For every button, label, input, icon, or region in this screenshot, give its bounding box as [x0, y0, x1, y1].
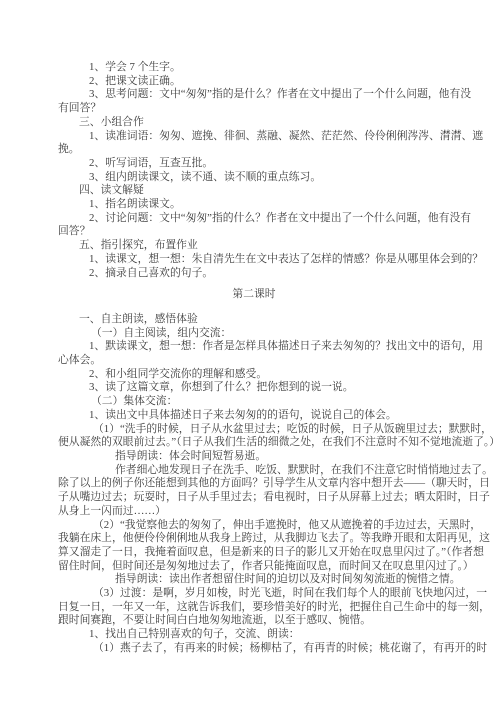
text-line: 2、听写词语，互查互批。 — [58, 157, 450, 171]
text-line: （2）“我觉察他去的匆匆了，伸出手遮挽时，他又从遮挽着的手边过去，天黑时， — [58, 519, 450, 533]
text-line: 指导朗读：读出作者想留住时间的迫切以及对时间匆匆流逝的惋惜之情。 — [58, 573, 450, 587]
text-line: 心体会。 — [58, 354, 450, 368]
text-line: 四、读文解疑 — [58, 184, 450, 198]
text-line: 我躺在床上，他便伶伶俐俐地从我身上跨过，从我脚边飞去了。等我睁开眼和太阳再见，这 — [58, 532, 450, 546]
text-line: 1、指名朗读课文。 — [58, 198, 450, 212]
text-line: 1、学会 7 个生字。 — [58, 61, 450, 75]
text-line: 子从嘴边过去；玩耍时，日子从手里过去；看电视时，日子从屏幕上过去；晒太阳时，日子 — [58, 491, 450, 505]
text-line: 一、自主朗读，感悟体验 — [58, 313, 450, 327]
text-line: 1、默读课文，想一想：作者是怎样具体描述日子来去匆匆的？找出文中的语句，用 — [58, 340, 450, 354]
text-line: 日复一日，一年又一年，这就告诉我们，要珍惜美好的时光，把握住自己生命中的每一刻， — [58, 601, 450, 615]
text-line: 便从凝然的双眼前过去。”（日子从我们生活的细微之处，在我们不注意时不知不觉地流逝… — [58, 436, 450, 450]
text-line: 从身上一闪而过……） — [58, 505, 450, 519]
text-line: 1、读准词语：匆匆、遮挽、徘徊、蒸融、凝然、茫茫然、伶伶俐俐涔涔、潸潸、遮 — [58, 130, 450, 144]
text-line: （二）集体交流： — [58, 395, 450, 409]
text-line: （3）过渡：是啊，岁月如梭，时光飞逝，时间在我们每个人的眼前飞快地闪过，一 — [58, 587, 450, 601]
text-line: 1、找出自己特别喜欢的句子，交流、朗读： — [58, 628, 450, 642]
text-line: 2、讨论问题：文中“匆匆”指的什么？作者在文中提出了一个什么问题，他有没有 — [58, 212, 450, 226]
text-line: 有回答？ — [58, 102, 450, 116]
text-line: 留住时间，但时间还是匆匆地过去了，作者只能掩面叹息，而时间又在叹息里闪过了。） — [58, 560, 450, 574]
document-body: 1、学会 7 个生字。2、把课文读正确。3、思考问题：文中“匆匆”指的是什么？作… — [58, 61, 450, 656]
text-line: 2、摘录自己喜欢的句子。 — [58, 267, 450, 281]
section-title: 第二课时 — [58, 288, 450, 302]
text-line: 2、和小组同学交流你的理解和感受。 — [58, 368, 450, 382]
text-line: 指导朗读：体会时间短暂易逝。 — [58, 450, 450, 464]
document-page: 1、学会 7 个生字。2、把课文读正确。3、思考问题：文中“匆匆”指的是什么？作… — [0, 0, 500, 707]
text-line: 挽。 — [58, 143, 450, 157]
text-line: （一）自主阅读，组内交流： — [58, 327, 450, 341]
text-line: 回答？ — [58, 225, 450, 239]
text-line: （1）“洗手的时候，日子从水盆里过去；吃饭的时候，日子从饭碗里过去；默默时， — [58, 423, 450, 437]
text-line: 三、小组合作 — [58, 116, 450, 130]
text-line: 2、把课文读正确。 — [58, 75, 450, 89]
text-line: 3、组内朗读课文，读不通、读不顺的重点练习。 — [58, 171, 450, 185]
text-line: 五、指引探究，布置作业 — [58, 239, 450, 253]
text-line: 1、读出文中具体描述日子来去匆匆的的语句，说说自己的体会。 — [58, 409, 450, 423]
text-line: 1、读课文，想一想：朱自清先生在文中表达了怎样的情感？你是从哪里体会到的？ — [58, 253, 450, 267]
text-line: 算又溜走了一日，我掩着面叹息，但是新来的日子的影儿又开始在叹息里闪过了。”（作者… — [58, 546, 450, 560]
text-line: （1）燕子去了，有再来的时候；杨柳枯了，有再青的时候；桃花谢了，有再开的时 — [58, 642, 450, 656]
text-line: 作者细心地发现日子在洗手、吃饭、默默时，在我们不注意它时悄悄地过去了。 — [58, 464, 450, 478]
text-line: 跟时间赛跑，不要让时间白白地匆匆地流逝，以至于感叹、惋惜。 — [58, 614, 450, 628]
text-line: 3、思考问题：文中“匆匆”指的是什么？作者在文中提出了一个什么问题，他有没 — [58, 88, 450, 102]
text-line: 3、读了这篇文章，你想到了什么？把你想到的说一说。 — [58, 381, 450, 395]
text-line: 除了以上的例子你还能想到其他的方面吗？引导学生从文章内容中想开去——（聊天时，日 — [58, 477, 450, 491]
